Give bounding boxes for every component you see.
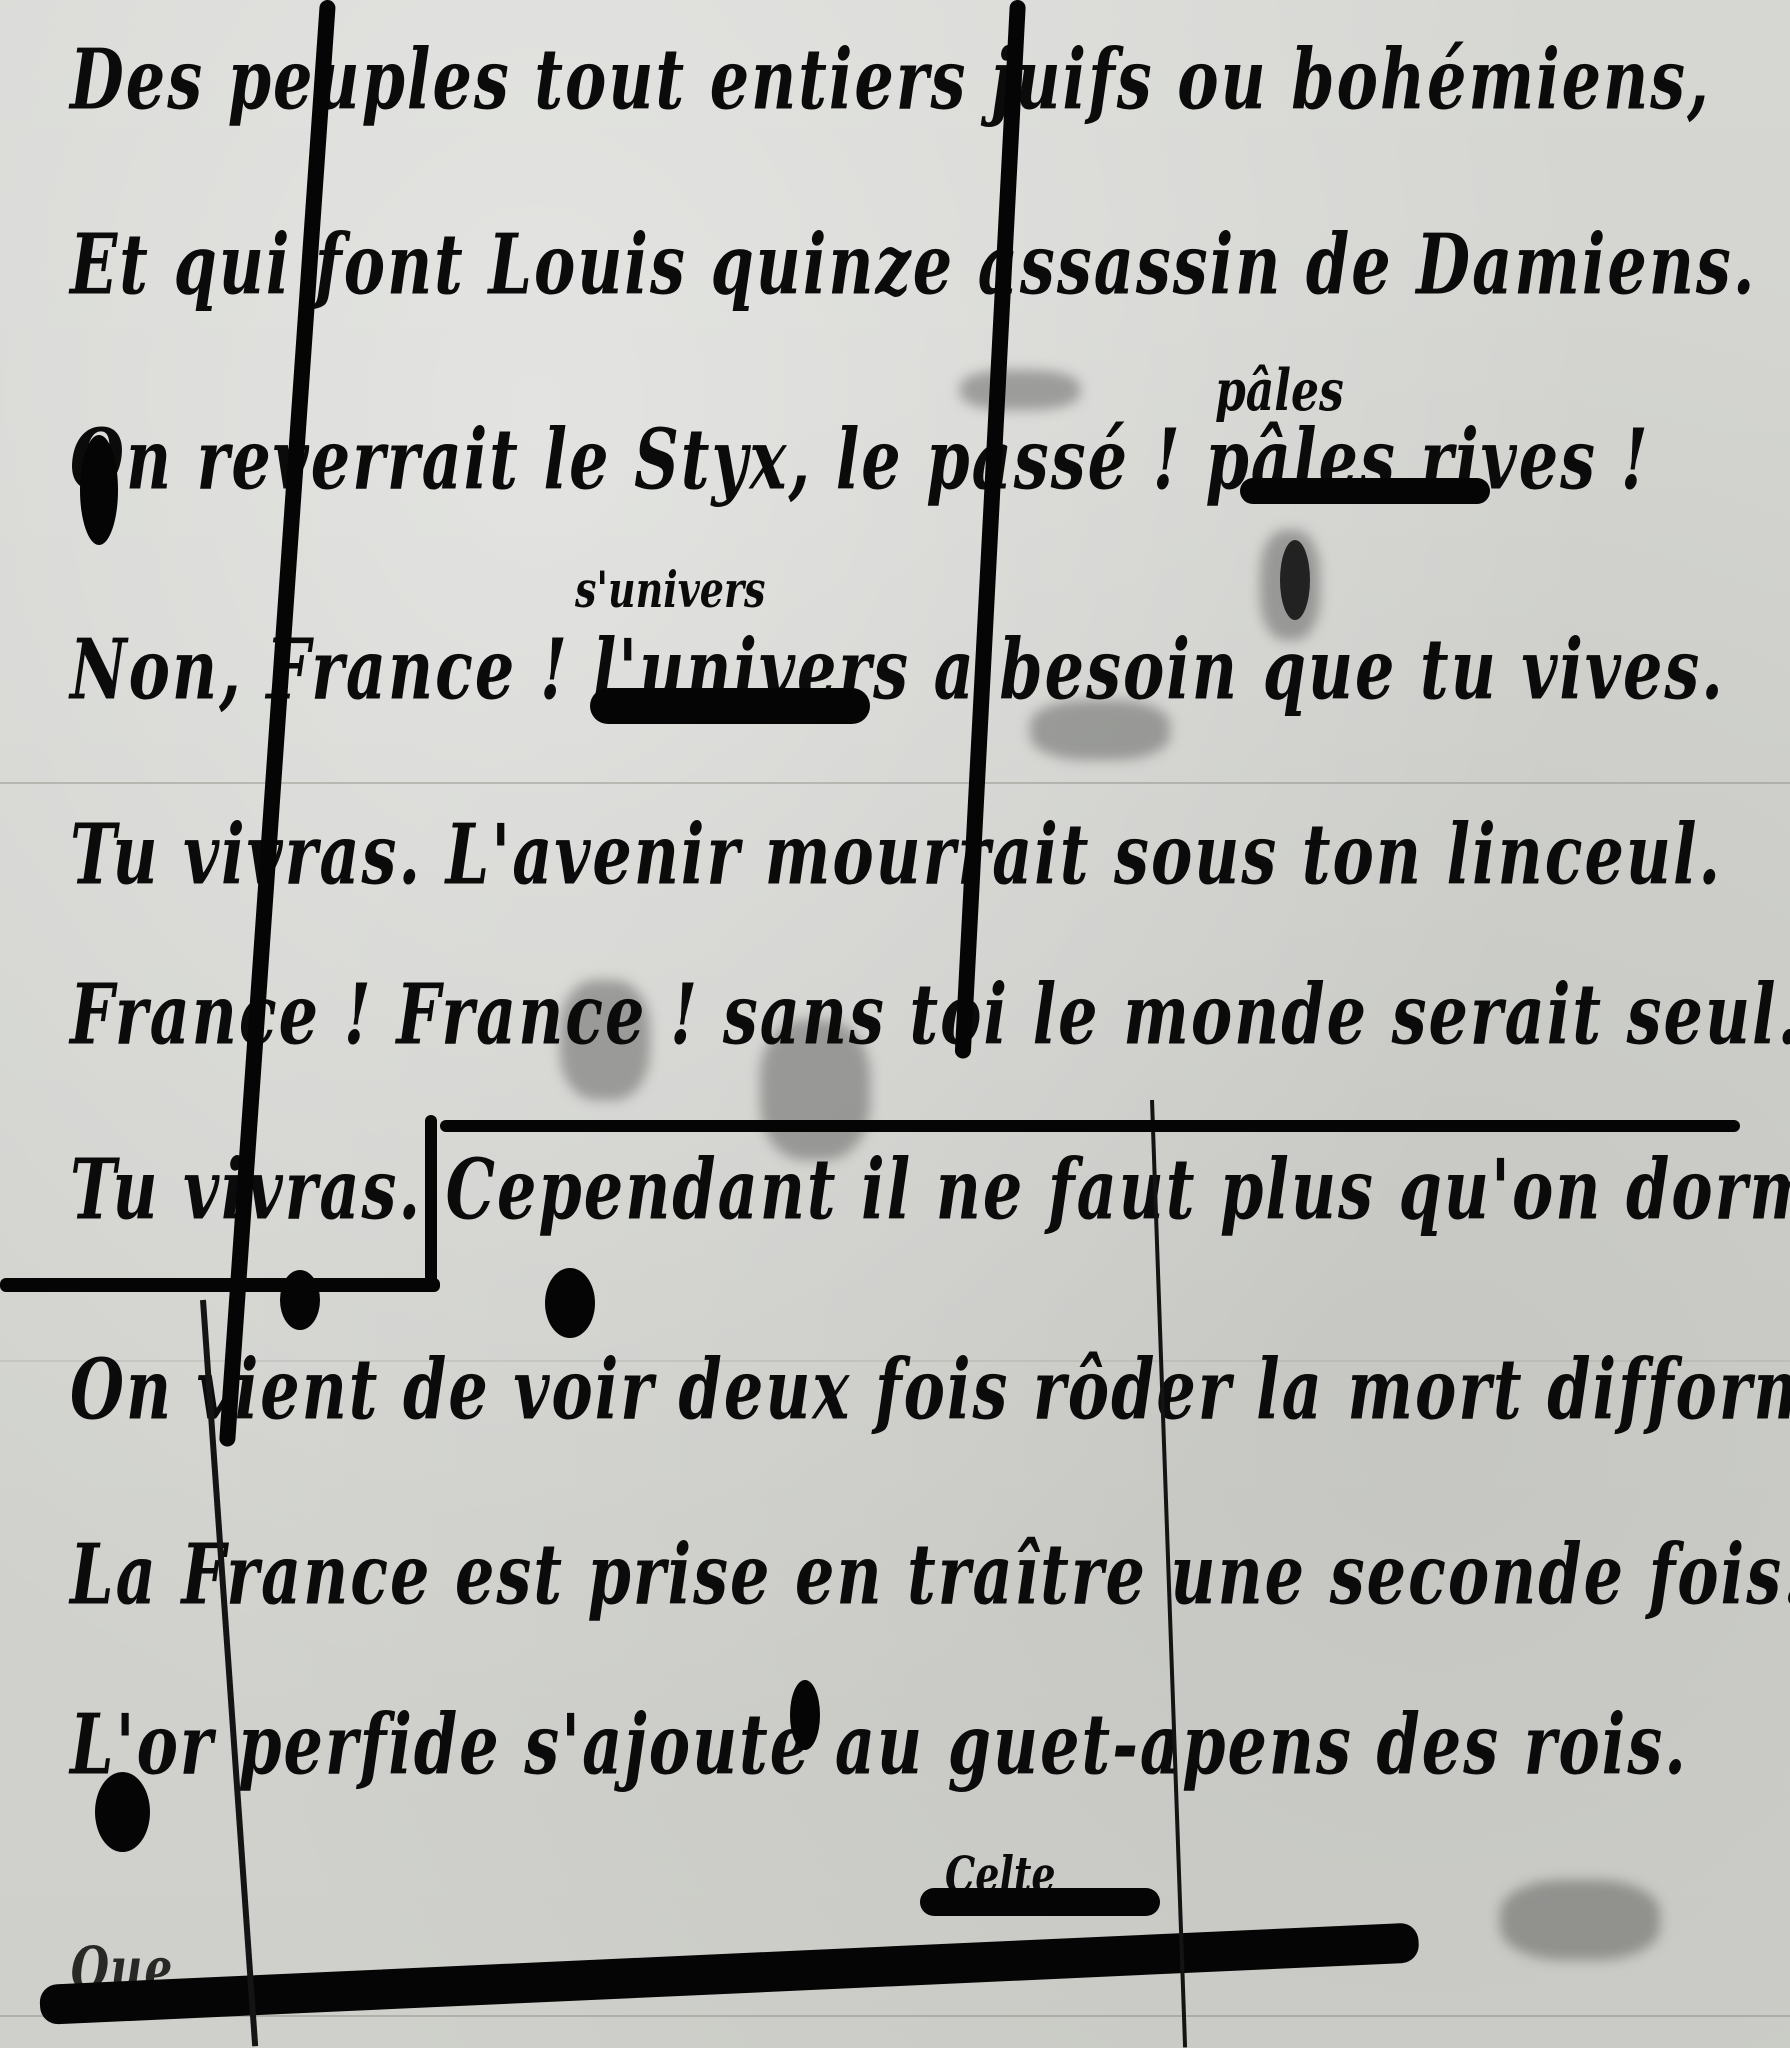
verse-line-7: Tu vivras. Cependant il ne faut plus qu'… xyxy=(70,1140,1790,1239)
insertion-univers: s'univers xyxy=(575,560,765,619)
verse-line-5: Tu vivras. L'avenir mourrait sous ton li… xyxy=(70,805,1722,904)
ink-blot xyxy=(95,1772,150,1852)
horizontal-separator-stroke xyxy=(440,1120,1740,1132)
ink-blot xyxy=(790,1680,820,1750)
ink-blot xyxy=(80,435,118,545)
verse-line-6: France ! France ! sans toi le monde sera… xyxy=(70,965,1790,1064)
strikethrough-mark xyxy=(590,688,870,724)
ink-bleed xyxy=(1500,1880,1660,1960)
verse-line-10: L'or perfide s'ajoute au guet-apens des … xyxy=(70,1695,1688,1794)
box-stroke xyxy=(0,1278,440,1292)
manuscript-page: Des peuples tout entiers juifs ou bohémi… xyxy=(0,0,1790,2048)
verse-line-8: On vient de voir deux fois rôder la mort… xyxy=(70,1340,1790,1439)
ink-blot xyxy=(545,1268,595,1338)
insertion-pales: pâles xyxy=(1215,358,1344,424)
verse-line-9: La France est prise en traître une secon… xyxy=(70,1525,1790,1624)
ink-blot xyxy=(280,1270,320,1330)
ink-bleed xyxy=(960,370,1080,410)
verse-line-4: Non, France ! l'univers a besoin que tu … xyxy=(70,620,1725,719)
strikethrough-mark xyxy=(920,1888,1160,1916)
verse-line-2: Et qui font Louis quinze assassin de Dam… xyxy=(70,215,1756,314)
paper-fold-line xyxy=(0,2015,1790,2017)
ink-blot xyxy=(1280,540,1310,620)
box-stroke xyxy=(425,1115,437,1285)
strikethrough-mark xyxy=(1240,478,1490,504)
